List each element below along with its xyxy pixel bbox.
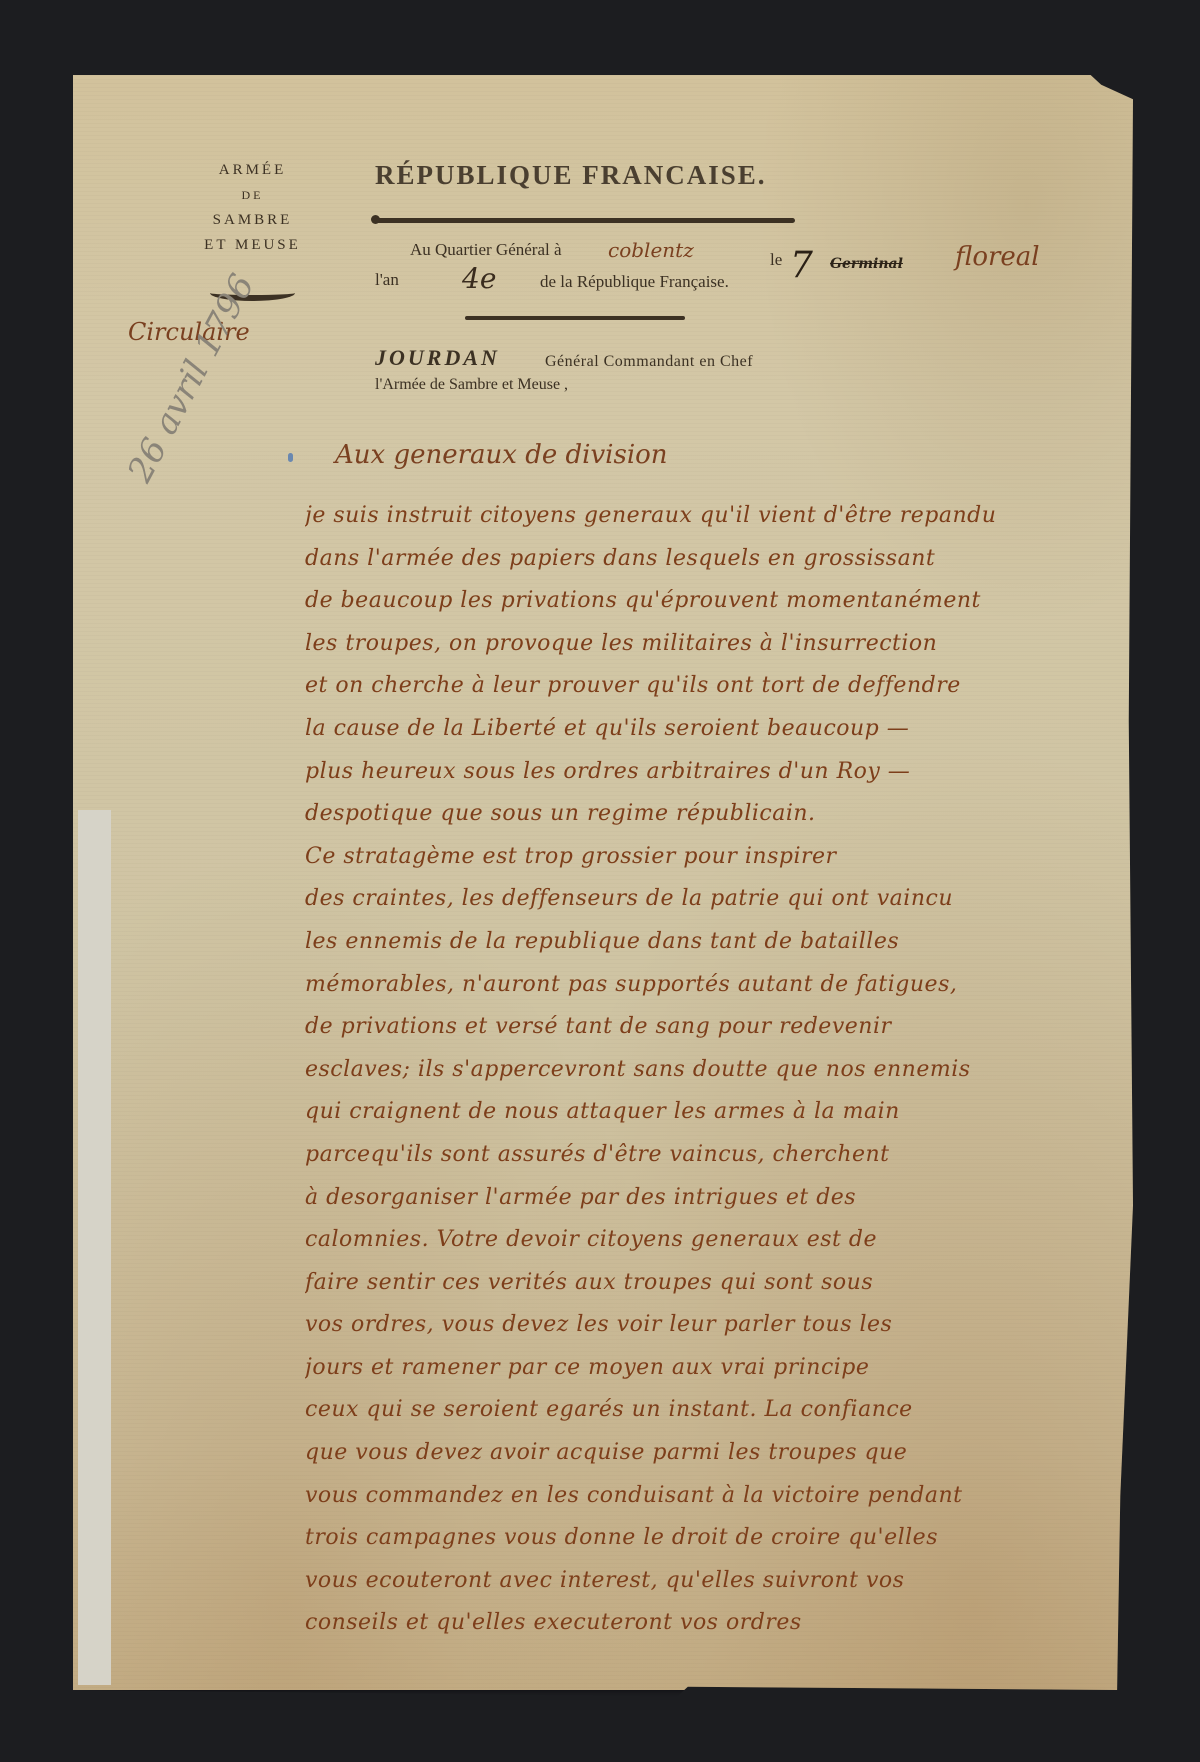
quartier-place: coblentz [608,238,694,262]
body-line: mémorables, n'auront pas supportés autan… [305,964,1095,1007]
author-army: l'Armée de Sambre et Meuse , [375,376,568,394]
an-label: l'an [375,270,399,290]
body-line: et on cherche à leur prouver qu'ils ont … [305,665,1095,708]
body-line: qui craignent de nous attaquer les armes… [305,1091,1095,1134]
body-line: vos ordres, vous devez les voir leur par… [305,1304,1095,1347]
body-line: faire sentir ces verités aux troupes qui… [305,1262,1095,1305]
body-line: ceux qui se seroient egarés un instant. … [305,1389,1095,1432]
salutation: Aux generaux de division [335,440,668,470]
body-line: je suis instruit citoyens generaux qu'il… [305,495,1095,538]
author-title: Général Commandant en Chef [545,353,753,371]
title-rule [375,218,795,223]
body-line: vous commandez en les conduisant à la vi… [305,1475,1095,1518]
author-name: JOURDAN [375,345,500,371]
body-line: que vous devez avoir acquise parmi les t… [305,1432,1095,1475]
month-name: floreal [955,242,1040,272]
day-number: 7 [790,245,813,286]
body-line: jours et ramener par ce moyen aux vrai p… [305,1347,1095,1390]
body-line: dans l'armée des papiers dans lesquels e… [305,538,1095,581]
body-line: de beaucoup les privations qu'éprouvent … [305,580,1095,623]
body-line: esclaves; ils s'appercevront sans doutte… [305,1049,1095,1092]
struck-month: Germinal [830,256,903,272]
body-line: des craintes, les deffenseurs de la patr… [305,878,1095,921]
body-line: parcequ'ils sont assurés d'être vaincus,… [305,1134,1095,1177]
army-line: ARMÉE [195,158,310,183]
body-line: conseils et qu'elles executeront vos ord… [305,1602,1095,1645]
le-label: le [770,250,782,270]
body-line: de privations et versé tant de sang pour… [305,1006,1095,1049]
republic-title: RÉPUBLIQUE FRANCAISE. [375,160,767,191]
body-line: vous ecouteront avec interest, qu'elles … [305,1560,1095,1603]
body-line: calomnies. Votre devoir citoyens generau… [305,1219,1095,1262]
republic-label: de la République Française. [540,272,729,292]
army-line: ET MEUSE [195,233,310,258]
pin-mark [288,453,293,462]
army-line: DE [195,183,310,208]
body-line: à desorganiser l'armée par des intrigues… [305,1177,1095,1220]
body-line: trois campagnes vous donne le droit de c… [305,1517,1095,1560]
year-number: 4e [462,262,496,295]
quartier-general-label: Au Quartier Général à [410,240,562,260]
letter-body: je suis instruit citoyens generaux qu'il… [305,495,1095,1645]
body-line: Ce stratagème est trop grossier pour ins… [305,836,1095,879]
body-line: despotique que sous un regime républicai… [305,793,1095,836]
army-line: SAMBRE [195,208,310,233]
body-line: les troupes, on provoque les militaires … [305,623,1095,666]
body-line: la cause de la Liberté et qu'ils seroien… [305,708,1095,751]
army-heading: ARMÉE DE SAMBRE ET MEUSE [195,158,310,258]
paper-repair-strip [78,810,111,1685]
arrow-rule [465,316,685,320]
body-line: les ennemis de la republique dans tant d… [305,921,1095,964]
body-line: plus heureux sous les ordres arbitraires… [305,751,1095,794]
